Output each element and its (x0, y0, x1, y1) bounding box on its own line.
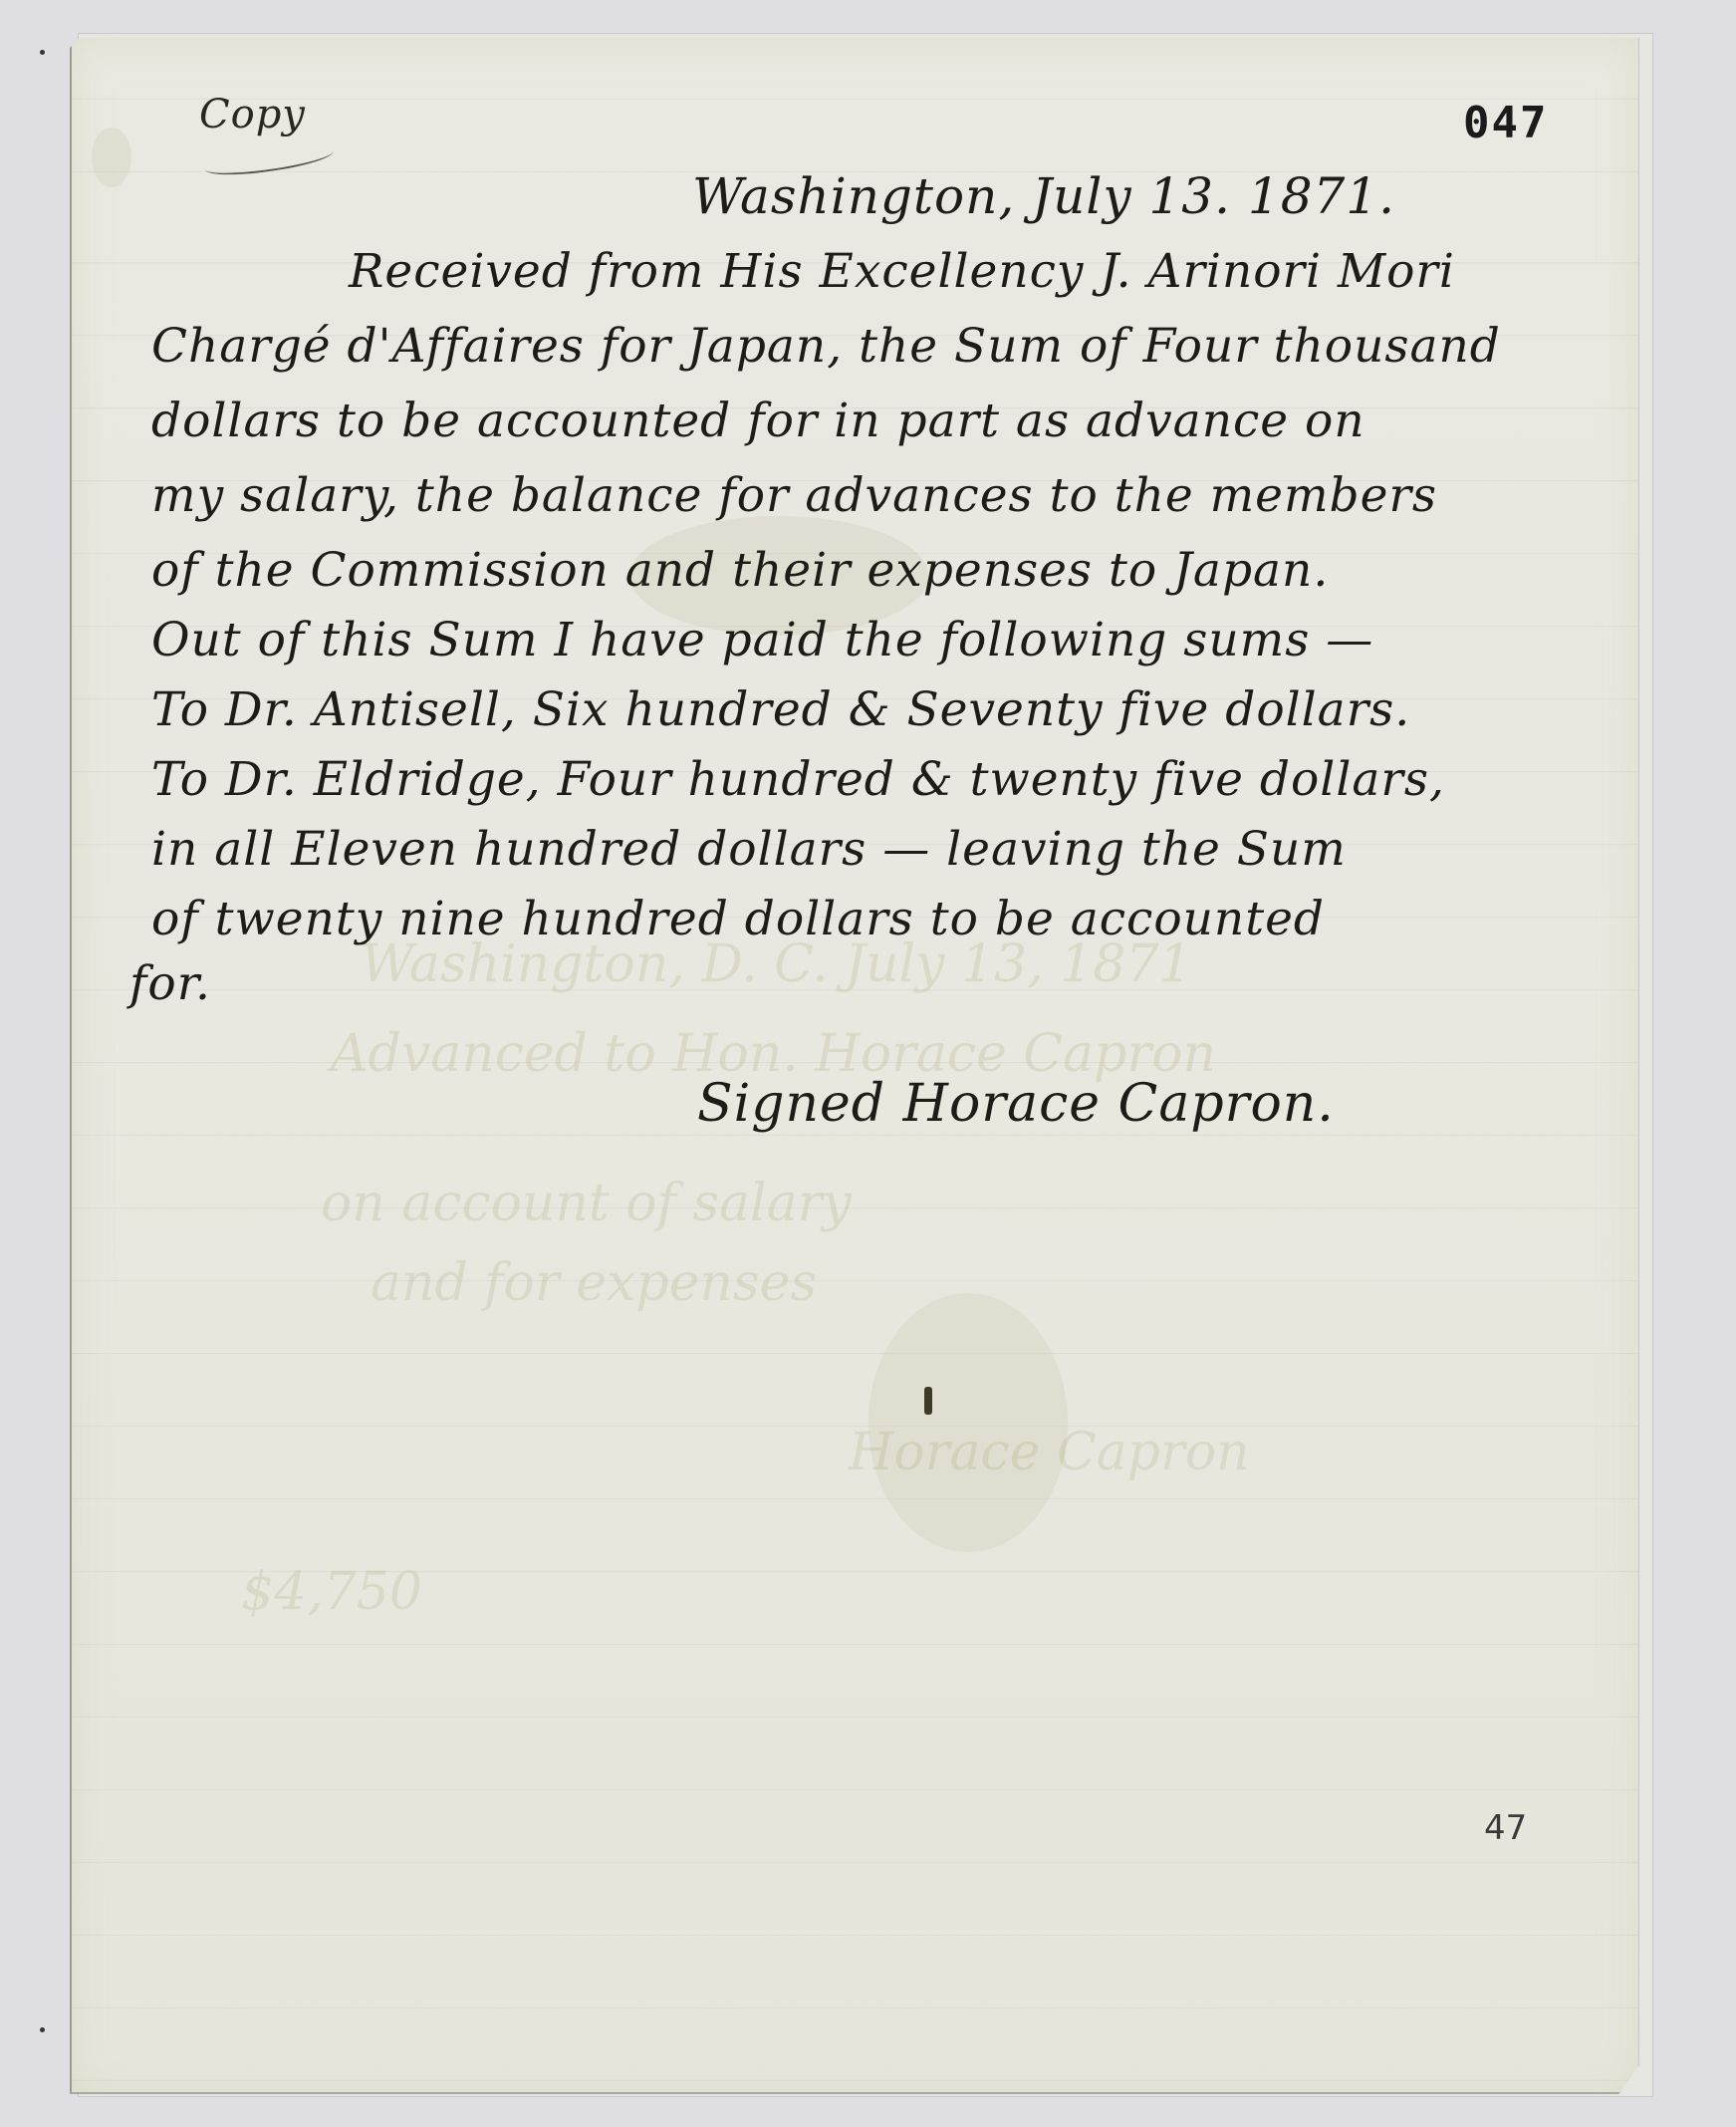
dateline: Washington, July 13. 1871. (692, 167, 1395, 225)
copy-annotation: Copy (199, 92, 306, 137)
dust-speck (40, 2027, 45, 2032)
bleed-through-text: Horace Capron (849, 1423, 1250, 1482)
body-line-7: To Dr. Antisell, Six hundred & Seventy f… (151, 682, 1410, 737)
body-line-11: for. (129, 956, 211, 1011)
archive-stamp-number: 047 (1463, 98, 1548, 148)
bleed-through-text: on account of salary (321, 1174, 852, 1233)
dust-speck (40, 50, 45, 55)
signature: Signed Horace Capron. (697, 1074, 1335, 1134)
bleed-through-text: and for expenses (371, 1253, 817, 1313)
body-line-5: of the Commission and their expenses to … (151, 543, 1329, 598)
body-line-4: my salary, the balance for advances to t… (151, 468, 1437, 523)
pencil-page-number: 47 (1484, 1808, 1527, 1848)
body-line-9: in all Eleven hundred dollars — leaving … (151, 822, 1347, 877)
body-line-3: dollars to be accounted for in part as a… (151, 394, 1365, 448)
body-line-8: To Dr. Eldridge, Four hundred & twenty f… (151, 752, 1445, 807)
ink-blot (924, 1387, 932, 1415)
paper-stain (92, 128, 131, 187)
body-line-10: of twenty nine hundred dollars to be acc… (151, 892, 1325, 946)
body-line-6: Out of this Sum I have paid the followin… (151, 613, 1373, 667)
body-line-1: Received from His Excellency J. Arinori … (349, 244, 1455, 299)
bleed-through-text: $4,750 (241, 1562, 422, 1622)
body-line-2: Chargé d'Affaires for Japan, the Sum of … (151, 319, 1501, 374)
